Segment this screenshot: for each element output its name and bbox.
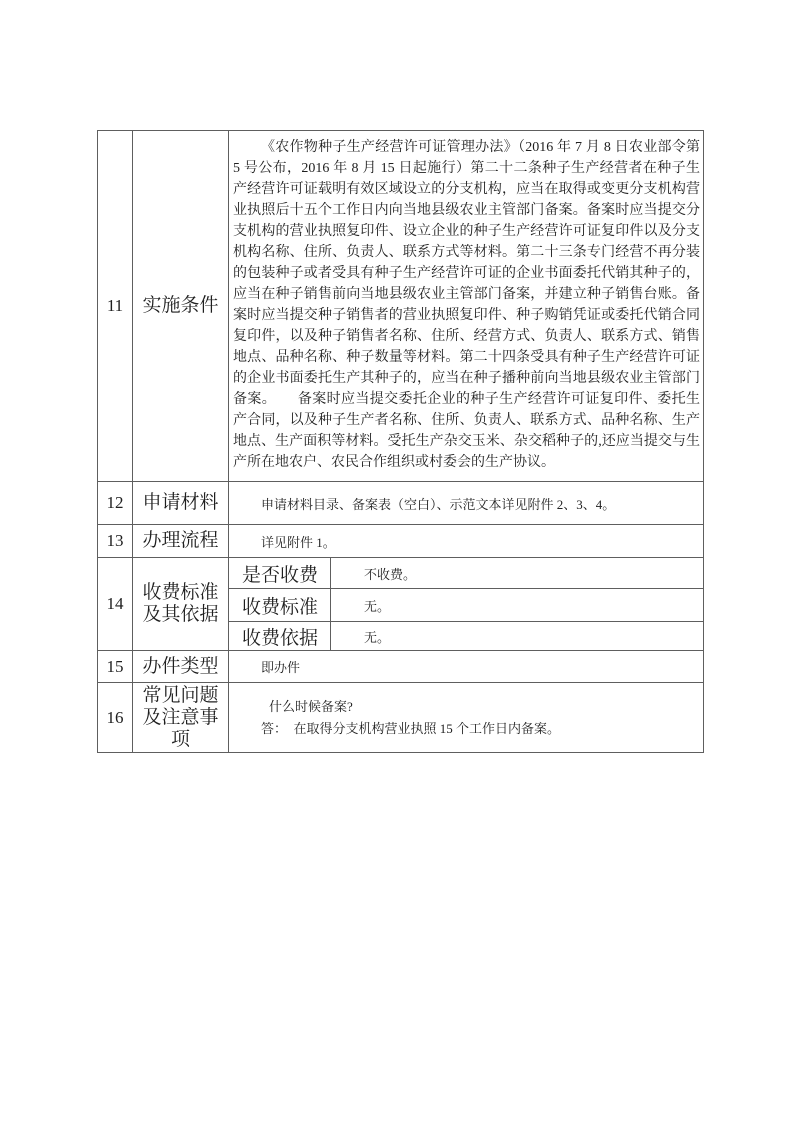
fee-standard-value: 无。 (331, 589, 704, 622)
row-11-label: 实施条件 (133, 131, 229, 482)
row-16-number: 16 (98, 683, 133, 753)
implementation-conditions-text: 《农作物种子生产经营许可证管理办法》（2016 年 7 月 8 日农业部令第 5… (229, 131, 703, 477)
row-12-number: 12 (98, 482, 133, 525)
document-page: 11 实施条件 《农作物种子生产经营许可证管理办法》（2016 年 7 月 8 … (0, 0, 800, 1132)
table-row-11: 11 实施条件 《农作物种子生产经营许可证管理办法》（2016 年 7 月 8 … (98, 131, 704, 482)
procedure-info-table: 11 实施条件 《农作物种子生产经营许可证管理办法》（2016 年 7 月 8 … (97, 130, 704, 753)
application-materials-text: 申请材料目录、备案表（空白）、示范文本详见附件 2、3、4。 (229, 482, 704, 525)
row-15-number: 15 (98, 651, 133, 683)
process-flow-text: 详见附件 1。 (229, 525, 704, 558)
fee-required-label: 是否收费 (229, 558, 331, 589)
row-15-label-text: 办件类型 (133, 656, 228, 678)
row-13-label: 办理流程 (133, 525, 229, 558)
row-14-number: 14 (98, 558, 133, 651)
row-13-label-text: 办理流程 (133, 530, 228, 552)
row-16-label-line-2: 及注意事 (133, 707, 228, 729)
row-11-content-cell: 《农作物种子生产经营许可证管理办法》（2016 年 7 月 8 日农业部令第 5… (229, 131, 704, 482)
row-12-label-text: 申请材料 (133, 492, 228, 514)
row-16-label-line-3: 项 (133, 729, 228, 751)
faq-question-text: 什么时候备案? (261, 696, 703, 718)
row-12-label: 申请材料 (133, 482, 229, 525)
row-14-label-line-2: 及其依据 (133, 604, 228, 626)
fee-basis-label: 收费依据 (229, 622, 331, 651)
processing-type-text: 即办件 (229, 651, 704, 683)
row-13-number: 13 (98, 525, 133, 558)
faq-content-cell: 什么时候备案? 答： 在取得分支机构营业执照 15 个工作日内备案。 (229, 683, 704, 753)
row-11-number: 11 (98, 131, 133, 482)
faq-answer-text: 答： 在取得分支机构营业执照 15 个工作日内备案。 (261, 718, 703, 740)
table-row-14a: 14 收费标准 及其依据 是否收费 不收费。 (98, 558, 704, 589)
row-16-label: 常见问题 及注意事 项 (133, 683, 229, 753)
row-15-label: 办件类型 (133, 651, 229, 683)
table-row-13: 13 办理流程 详见附件 1。 (98, 525, 704, 558)
row-16-label-line-1: 常见问题 (133, 685, 228, 707)
row-14-label: 收费标准 及其依据 (133, 558, 229, 651)
fee-basis-value: 无。 (331, 622, 704, 651)
row-14-label-line-1: 收费标准 (133, 582, 228, 604)
table-row-12: 12 申请材料 申请材料目录、备案表（空白）、示范文本详见附件 2、3、4。 (98, 482, 704, 525)
fee-standard-label: 收费标准 (229, 589, 331, 622)
fee-required-value: 不收费。 (331, 558, 704, 589)
table-row-15: 15 办件类型 即办件 (98, 651, 704, 683)
row-11-label-text: 实施条件 (133, 295, 228, 317)
table-row-16: 16 常见问题 及注意事 项 什么时候备案? 答： 在取得分支机构营业执照 15… (98, 683, 704, 753)
